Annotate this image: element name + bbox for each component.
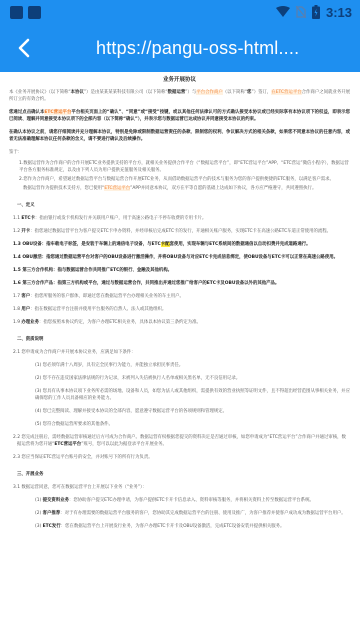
back-button[interactable] bbox=[0, 24, 48, 72]
page-url-title: https://pangu-oss-html.... bbox=[96, 38, 299, 59]
clause-1-8: 1.8 用户：指在数据运营平台注册并使用平台服务的自然人、法人或其他组织。 bbox=[9, 306, 350, 313]
condition-1: (1) 您必须年满十八周岁，具有完全民事行为能力，并能独立承担民事责任。 bbox=[9, 362, 350, 369]
recital-2: 2.您作为合作商户，希望通过数据运营平台与数据运营合作开展ETC业务，从而借助数… bbox=[9, 176, 350, 183]
condition-4: (4) 您已完整阅读、理解并接受本协议的全部内容，愿意遵守数据运营平台的各项规则… bbox=[9, 408, 350, 415]
no-sim-icon bbox=[296, 6, 306, 18]
recitals-label: 鉴于： bbox=[9, 149, 350, 156]
section-heading-business: 三、开展业务 bbox=[17, 471, 350, 478]
clause-2-3: 2.3 您应当保证ETC营运平台账号的安全，并对账号下的所有行为负责。 bbox=[9, 454, 350, 461]
clause-1-5: 1.5 第三方合作机构：指与数据运营合作共同推广ETC的银行、金融及其他机构。 bbox=[9, 267, 350, 274]
clause-1-7: 1.7 客户：指您所服务的客户群体，即通过您在数据运营平台办理相关业务的车主用户… bbox=[9, 293, 350, 300]
status-bar: 3:13 bbox=[0, 0, 360, 24]
clock: 3:13 bbox=[326, 5, 352, 20]
section-heading-definitions: 一、定义 bbox=[17, 202, 350, 209]
notification-area bbox=[10, 6, 41, 19]
clause-2-2: 2.2 您完成注册后，需经数据运营审核通过后方可成为合作商户。数据运营有权根据您… bbox=[9, 434, 350, 448]
back-arrow-icon bbox=[17, 38, 31, 58]
clause-1-2: 1.2 开卡：指您通过数据运营平台为客户提交ETC卡申办资料，并经审核后完成ET… bbox=[9, 228, 350, 235]
recital-1: 1.数据运营作为合作商户的合作开展ETC业务提供支持的平台方，就相关业务提供合作… bbox=[9, 160, 350, 174]
clause-2-1: 2.1 您申请成为合作商户并开展本协议业务，应满足如下条件： bbox=[9, 349, 350, 356]
selection-marker: 卡配 bbox=[161, 242, 170, 247]
clause-1-3: 1.3 OBU设备：指车载电子标签，是安装于车辆上的通信电子设备，与ETC卡配套… bbox=[9, 241, 350, 248]
intro-paragraph-2: 您通过点击确认本ETC营运平台平台相关页面上的“确认”、“同意”或“接受”按键，… bbox=[9, 109, 350, 123]
clause-1-1: 1.1 ETC卡：指由银行或发卡机构发行并关联用户账户，用于高速公路电子不停车收… bbox=[9, 215, 350, 222]
document-title: 业务开展协议 bbox=[9, 77, 350, 84]
notification-icon bbox=[10, 6, 23, 19]
business-item-3: (3) ETC发行：您在数据运营平台上开展发行业务，为客户办理ETC卡开卡及OB… bbox=[9, 523, 350, 530]
business-item-2: (2) 客户推荐：对于有办理需要的数据运营平台服务的客户，您协助其完成数据运营平… bbox=[9, 510, 350, 517]
clause-3-1: 3.1 数据运营同意，您可在数据运营平台上开展以下业务（“业务”）： bbox=[9, 484, 350, 491]
clause-1-9: 1.9 办理业务：指您按照本协议约定，为客户办理ETC相关业务，具体以本协议第三… bbox=[9, 319, 350, 326]
app-bar: https://pangu-oss-html.... bbox=[0, 24, 360, 72]
intro-paragraph-4: 数据运营作为提供技术支持方，您已使用“ETC营运平台”APP并同意本协议，双方在… bbox=[9, 185, 350, 192]
condition-5: (5) 您符合数据运营所要求的其他条件。 bbox=[9, 421, 350, 428]
condition-3: (3) 您具有从事本协议项下业务所必需的场地、设备和人员，如您为法人或其他组织，… bbox=[9, 388, 350, 402]
wifi-icon bbox=[276, 6, 290, 18]
battery-charging-icon bbox=[312, 5, 320, 19]
clause-1-4: 1.4 OBU激活：指您通过数据运营平台对客户的OBU设备进行激活操作，并将OB… bbox=[9, 254, 350, 261]
notification-icon bbox=[28, 6, 41, 19]
condition-2: (2) 您不存在违反国家法律法规的行为记录，未被列入失信被执行人名单或相关黑名单… bbox=[9, 375, 350, 382]
business-item-1: (1) 提交资料业务：您协助客户提交ETC办理申请，为客户提供ETC卡开卡信息录… bbox=[9, 497, 350, 504]
webview-document[interactable]: 业务开展协议 本《业务开展协议》（以下简称“本协议”）是由某某某某科技有限公司（… bbox=[0, 72, 360, 530]
intro-paragraph-3: 在确认本协议之前，请您仔细阅读并充分理解本协议，特别是免除或限制数据运营责任的条… bbox=[9, 129, 350, 143]
intro-paragraph-1: 本《业务开展协议》（以下简称“本协议”）是由某某某某科技有限公司（以下简称“数据… bbox=[9, 89, 350, 103]
clause-1-6: 1.6 第三方合作产品：指第三方机构或平台，通过与数据运营合作，共同推出并通过您… bbox=[9, 280, 350, 287]
system-icons: 3:13 bbox=[276, 5, 352, 20]
section-heading-qualifications: 二、资质说明 bbox=[17, 336, 350, 343]
